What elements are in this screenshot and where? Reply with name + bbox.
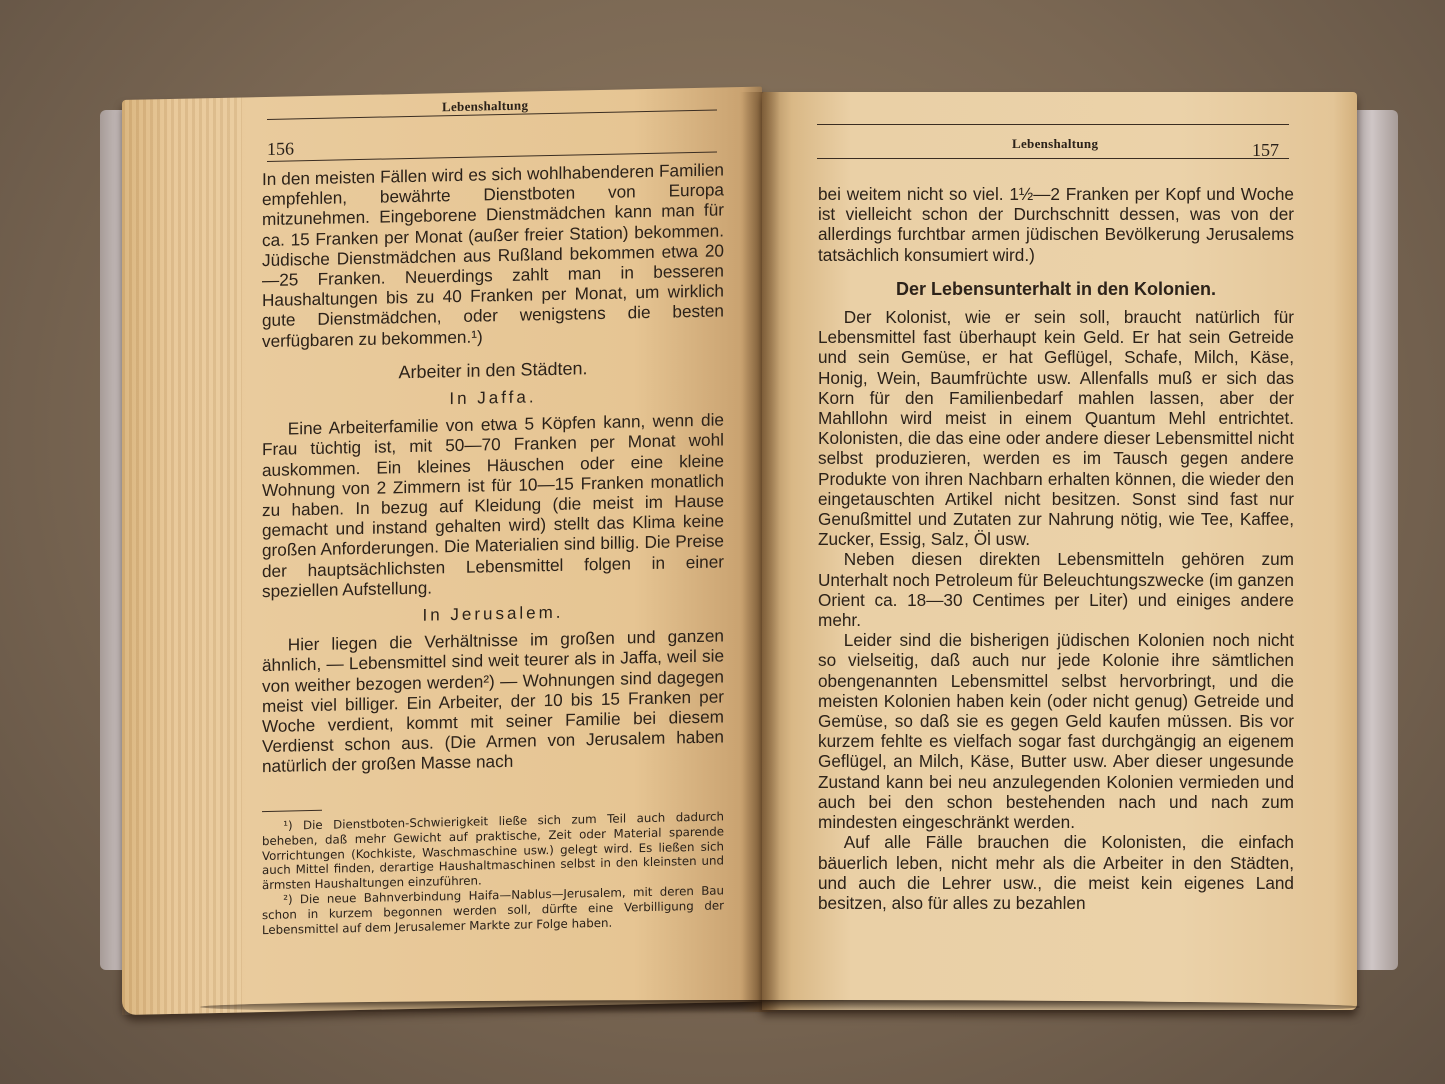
header-rule-bottom — [817, 158, 1289, 159]
running-head: Lebenshaltung — [1012, 136, 1098, 152]
header-rule-top — [817, 124, 1289, 125]
page-number: 156 — [267, 138, 294, 160]
subsection-heading: In Jerusalem. — [262, 599, 724, 629]
paragraph: In den meisten Fällen wird es sich wohlh… — [262, 159, 724, 351]
section-heading: Arbeiter in den Städten. — [262, 355, 724, 385]
paragraph: Auf alle Fälle brauchen die Kolonisten, … — [818, 832, 1294, 913]
footnote-rule — [262, 810, 322, 812]
paragraph: Hier liegen die Verhältnisse im großen u… — [262, 626, 724, 777]
footnotes: ¹) Die Dienstboten-Schwierigkeit ließe s… — [262, 809, 724, 937]
footnote-1: ¹) Die Dienstboten-Schwierigkeit ließe s… — [262, 809, 724, 893]
right-page-body: bei weitem nicht so viel. 1½—2 Franken p… — [818, 184, 1294, 913]
running-head: Lebenshaltung — [442, 97, 528, 115]
paragraph: Der Kolonist, wie er sein soll, braucht … — [818, 307, 1294, 549]
section-heading: Der Lebensunterhalt in den Kolonien. — [818, 279, 1294, 299]
paragraph: bei weitem nicht so viel. 1½—2 Franken p… — [818, 184, 1294, 265]
subsection-heading: In Jaffa. — [262, 383, 724, 413]
book-shadow — [200, 1000, 1360, 1014]
footnote-2: ²) Die neue Bahnverbindung Haifa—Nablus—… — [262, 883, 724, 937]
left-page: Lebenshaltung 156 In den meisten Fällen … — [122, 87, 762, 1015]
book-gutter — [740, 92, 780, 1012]
paragraph: Neben diesen direkten Lebensmitteln gehö… — [818, 549, 1294, 630]
paragraph: Leider sind die bisherigen jüdischen Kol… — [818, 630, 1294, 832]
page-edge-stack — [122, 97, 242, 1015]
paragraph: Eine Arbeiterfamilie von etwa 5 Köpfen k… — [262, 410, 724, 602]
left-page-body: In den meisten Fällen wird es sich wohlh… — [262, 159, 724, 776]
right-page: Lebenshaltung 157 bei weitem nicht so vi… — [762, 92, 1357, 1010]
